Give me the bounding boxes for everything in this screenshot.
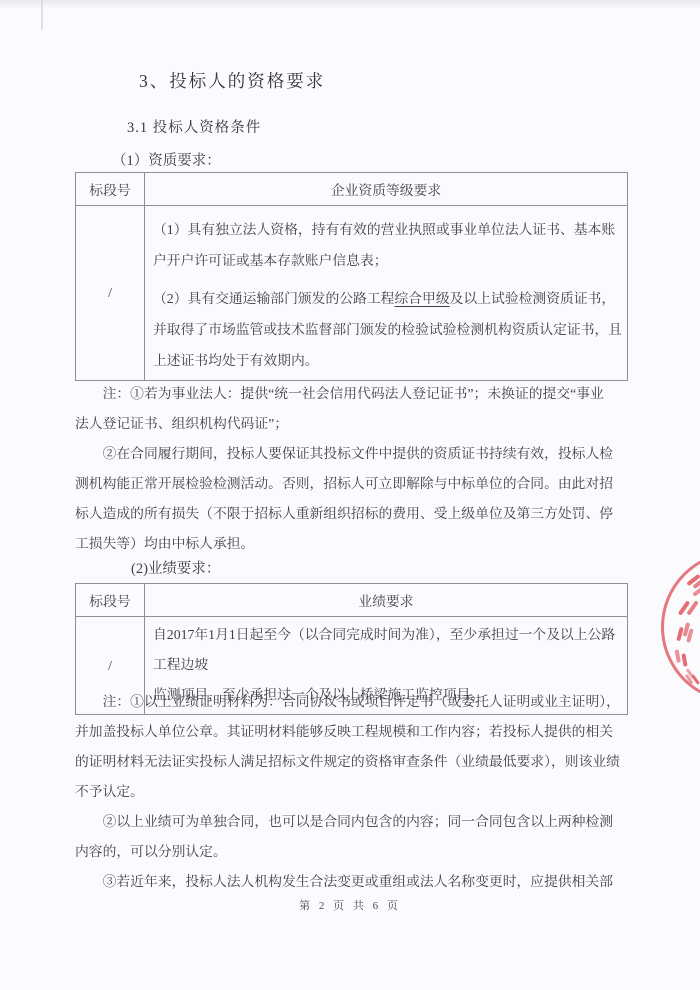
qualification-table: 标段号 企业资质等级要求 / （1）具有独立法人资格，持有有效的营业执照或事业单… [75,172,628,381]
qualification-item2-line1: （2）具有交通运输部门颁发的公路工程综合甲级及以上试验检测资质证书， [153,283,621,314]
header-section-number: 标段号 [76,584,145,617]
performance-note-3: ③若近年来，投标人法人机构发生合法变更或重组或法人名称变更时，应提供相关部 [75,867,631,897]
performance-note-1: 注：①以上业绩证明材料为：合同协议书或项目评定书（或委托人证明或业主证明）， 并… [75,687,631,807]
item2-post: 及以上试验检测资质证书， [450,291,616,306]
qualification-item1-line2: 户开户许可证或基本存款账户信息表； [153,245,621,276]
cell-section-number: / [76,206,145,381]
stamp-stroke [681,653,687,666]
header-performance-requirement: 业绩要求 [145,584,628,617]
qualification-notes: 注：①若为事业法人：提供“统一社会信用代码法人登记证书”；未换证的提交“事业 法… [75,379,631,559]
stamp-stroke [678,600,690,615]
qualification-requirement-label: （1）资质要求： [112,150,221,172]
document-page: 3、投标人的资格要求 3.1 投标人资格条件 （1）资质要求： 标段号 企业资质… [0,0,700,990]
performance-note-2: ②以上业绩可为单独合同，也可以是合同内包含的内容；同一合同包含以上两种检测 内容… [75,807,631,867]
cell-qualification-text: （1）具有独立法人资格，持有有效的营业执照或事业单位法人证书、基本账 户开户许可… [145,206,628,381]
table-row: / （1）具有独立法人资格，持有有效的营业执照或事业单位法人证书、基本账 户开户… [76,206,628,381]
qualification-item1-line1: （1）具有独立法人资格，持有有效的营业执照或事业单位法人证书、基本账 [153,214,621,245]
stamp-stroke [676,627,683,642]
table-header-row: 标段号 业绩要求 [76,584,628,617]
section-heading: 3、投标人的资格要求 [139,68,325,94]
item2-pre: （2）具有交通运输部门颁发的公路工程 [153,291,394,306]
scan-edge-artifact [0,0,700,9]
qualification-note-2: ②在合同履行期间，投标人要保证其投标文件中提供的资质证书持续有效，投标人检 测机… [75,439,631,559]
stamp-stroke [686,574,700,586]
table-header-row: 标段号 企业资质等级要求 [76,173,628,206]
qualification-item2-line2: 并取得了市场监管或技术监督部门颁发的检验试验检测机构资质认定证书，且 [153,314,621,345]
scan-line-artifact [41,0,43,30]
header-section-number: 标段号 [76,173,145,206]
page-number: 第 2 页 共 6 页 [0,897,700,913]
performance-notes: 注：①以上业绩证明材料为：合同协议书或项目评定书（或委托人证明或业主证明）， 并… [75,687,631,897]
red-seal-stamp [661,551,700,703]
header-qualification-requirement: 企业资质等级要求 [145,173,628,206]
subsection-heading: 3.1 投标人资格条件 [127,117,261,139]
performance-requirement-label: (2)业绩要求： [131,558,220,580]
item2-underlined-grade: 综合甲级 [394,291,449,306]
qualification-item2-line3: 上述证书均处于有效期内。 [153,345,621,376]
stamp-stroke [691,674,700,685]
qualification-note-1: 注：①若为事业法人：提供“统一社会信用代码法人登记证书”；未换证的提交“事业 法… [75,379,631,439]
